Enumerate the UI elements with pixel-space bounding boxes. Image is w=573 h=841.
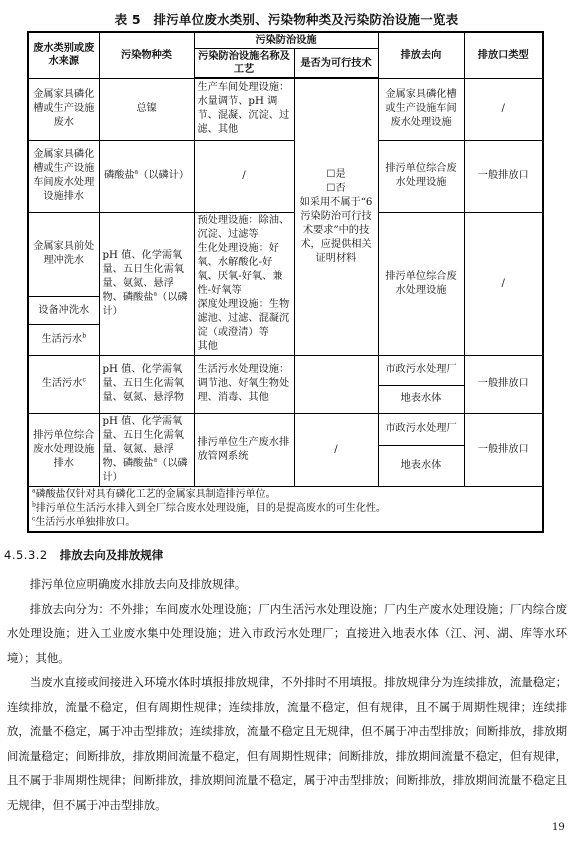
table-row: 金属家具前处理冲洗水 pH 值、化学需氧量、五日生化需氧量、氨氮、悬浮物、磷酸盐… bbox=[28, 212, 543, 297]
cell-outlet: 一般排放口 bbox=[464, 355, 543, 413]
cell-destination: 市政污水处理厂 bbox=[378, 355, 464, 385]
feasible-note: 如采用不属于“6 污染防治可行技术要求”中的技术，应提供相关证明材料 bbox=[298, 196, 375, 266]
table-notes-row: a磷酸盐仅针对具有磷化工艺的金属家具制造排污单位。 b排污单位生活污水排入到全厂… bbox=[28, 486, 543, 532]
cell-destination: 排污单位综合废水处理设施 bbox=[378, 212, 464, 355]
cell-outlet: / bbox=[464, 212, 543, 355]
cell-outlet: / bbox=[464, 78, 543, 140]
header-source: 废水类别或废水来源 bbox=[28, 32, 99, 78]
cell-feasible-merged: ☐是 ☐否 如采用不属于“6 污染防治可行技术要求”中的技术，应提供相关证明材料 bbox=[294, 78, 378, 355]
cell-source: 金属家具前处理冲洗水 bbox=[28, 212, 99, 297]
section-number: 4.5.3.2 bbox=[4, 548, 48, 562]
cell-facility: 排污单位生产废水排放管网系统 bbox=[194, 413, 294, 486]
cell-destination: 地表水体 bbox=[378, 385, 464, 413]
cell-destination: 地表水体 bbox=[378, 445, 464, 486]
table-notes: a磷酸盐仅针对具有磷化工艺的金属家具制造排污单位。 b排污单位生活污水排入到全厂… bbox=[28, 486, 543, 532]
cell-facility: 预处理设施：除油、沉淀、过滤等 生化处理设施：好氧、水解酸化-好氧、厌氧-好氧、… bbox=[194, 212, 294, 355]
cell-facility: 生活污水处理设施：调节池、好氧生物处理、消毒、其他 bbox=[194, 355, 294, 413]
section-title: 排放去向及排放规律 bbox=[60, 548, 164, 562]
paragraph: 排放去向分为：不外排；车间废水处理设施；厂内生活污水处理设施；厂内生产废水处理设… bbox=[7, 597, 567, 671]
paragraph: 当废水直接或间接进入环境水体时填报排放规律，不外排时不用填报。排放规律分为连续排… bbox=[7, 670, 567, 817]
table-caption: 表 5 排污单位废水类别、污染物种类及污染防治设施一览表 bbox=[0, 10, 573, 28]
cell-pollutant: pH 值、化学需氧量、五日生化需氧量、氨氮、悬浮物、磷酸盐a（以磷计） bbox=[99, 212, 194, 355]
page-number: 19 bbox=[552, 822, 565, 833]
cell-pollutant: 总镍 bbox=[99, 78, 194, 140]
header-destination: 排放去向 bbox=[378, 32, 464, 78]
cell-destination: 金属家具磷化槽或生产设施车间废水处理设施 bbox=[378, 78, 464, 140]
body-text: 排污单位应明确废水排放去向及排放规律。 排放去向分为：不外排；车间废水处理设施；… bbox=[7, 572, 567, 817]
checkbox-no[interactable]: ☐否 bbox=[298, 182, 375, 196]
cell-outlet: 一般排放口 bbox=[464, 140, 543, 212]
cell-destination: 市政污水处理厂 bbox=[378, 413, 464, 445]
note-b: b排污单位生活污水排入到全厂综合废水处理设施，目的是提高废水的可生化性。 bbox=[32, 502, 539, 516]
paragraph: 排污单位应明确废水排放去向及排放规律。 bbox=[7, 572, 567, 597]
cell-source: 生活污水c bbox=[28, 355, 99, 413]
cell-facility: 生产车间处理设施：水量调节、pH 调节、混凝、沉淀、过滤、其他 bbox=[194, 78, 294, 140]
section-heading: 4.5.3.2排放去向及排放规律 bbox=[4, 547, 163, 563]
cell-facility: / bbox=[194, 140, 294, 212]
table-row: 金属家具磷化槽或生产设施废水 总镍 生产车间处理设施：水量调节、pH 调节、混凝… bbox=[28, 78, 543, 140]
header-pollutant: 污染物种类 bbox=[99, 32, 194, 78]
cell-destination: 排污单位综合废水处理设施 bbox=[378, 140, 464, 212]
cell-feasible-empty bbox=[294, 355, 378, 413]
table-row: 生活污水c pH 值、化学需氧量、五日生化需氧量、氨氮、悬浮物 生活污水处理设施… bbox=[28, 355, 543, 385]
cell-pollutant: pH 值、化学需氧量、五日生化需氧量、氨氮、悬浮物、磷酸盐a（以磷计） bbox=[99, 413, 194, 486]
cell-source: 设备冲洗水 bbox=[28, 297, 99, 325]
table-row: 排污单位综合废水处理设施排水 pH 值、化学需氧量、五日生化需氧量、氨氮、悬浮物… bbox=[28, 413, 543, 445]
header-outlet-type: 排放口类型 bbox=[464, 32, 543, 78]
header-feasible: 是否为可行技术 bbox=[294, 49, 378, 79]
cell-source: 排污单位综合废水处理设施排水 bbox=[28, 413, 99, 486]
cell-feasible: / bbox=[294, 413, 378, 486]
wastewater-table: 废水类别或废水来源 污染物种类 污染防治设施 排放去向 排放口类型 污染防治设施… bbox=[27, 31, 544, 533]
header-facility-name: 污染防治设施名称及工艺 bbox=[194, 49, 294, 79]
checkbox-yes[interactable]: ☐是 bbox=[298, 168, 375, 182]
cell-source: 生活污水b bbox=[28, 325, 99, 355]
cell-source: 金属家具磷化槽或生产设施废水 bbox=[28, 78, 99, 140]
note-c: c生活污水单独排放口。 bbox=[32, 516, 539, 530]
cell-outlet: 一般排放口 bbox=[464, 413, 543, 486]
cell-pollutant: 磷酸盐a（以磷计） bbox=[99, 140, 194, 212]
note-a: a磷酸盐仅针对具有磷化工艺的金属家具制造排污单位。 bbox=[32, 488, 539, 502]
cell-source: 金属家具磷化槽或生产设施车间废水处理设施排水 bbox=[28, 140, 99, 212]
cell-pollutant: pH 值、化学需氧量、五日生化需氧量、氨氮、悬浮物 bbox=[99, 355, 194, 413]
header-facility-group: 污染防治设施 bbox=[194, 32, 378, 49]
table-row: 金属家具磷化槽或生产设施车间废水处理设施排水 磷酸盐a（以磷计） / 排污单位综… bbox=[28, 140, 543, 212]
